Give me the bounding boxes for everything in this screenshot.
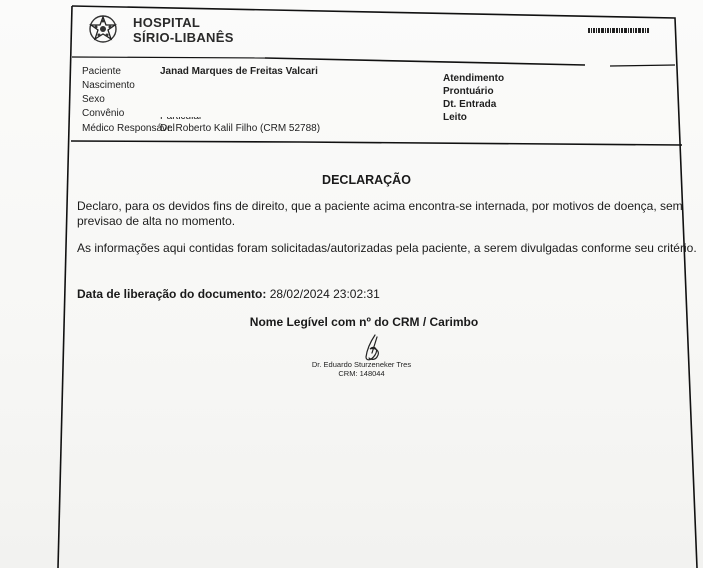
release-date: Data de liberação do documento: 28/02/20…	[77, 287, 380, 301]
barcode-icon	[588, 28, 650, 33]
document-title: DECLARAÇÃO	[0, 173, 703, 187]
patient-name-value: Janad Marques de Freitas Valcari	[160, 66, 318, 77]
record-label: Prontuário	[443, 86, 494, 97]
hospital-name-line2: SÍRIO-LIBANÊS	[133, 30, 234, 45]
insurance-value-clipped: Particular	[160, 117, 202, 122]
signature-heading: Nome Legível com nº do CRM / Carimbo	[0, 315, 703, 329]
scanned-document-page: HOSPITAL SÍRIO-LIBANÊS Paciente Janad Ma…	[0, 0, 703, 568]
release-date-label: Data de liberação do documento:	[77, 287, 266, 301]
authorization-paragraph: As informações aqui contidas foram solic…	[77, 240, 697, 256]
release-date-value: 28/02/2024 23:02:31	[270, 287, 380, 301]
bed-label: Leito	[443, 112, 467, 123]
birth-label: Nascimento	[82, 80, 135, 91]
entry-date-label: Dt. Entrada	[443, 99, 496, 110]
declaration-paragraph-line2: previsao de alta no momento.	[77, 213, 235, 229]
handwritten-signature-icon	[357, 333, 387, 363]
sex-label: Sexo	[82, 94, 105, 105]
signing-doctor-name: Dr. Eduardo Sturzeneker Tres	[0, 360, 703, 369]
signing-doctor-crm: CRM: 148044	[0, 369, 703, 378]
patient-label: Paciente	[82, 66, 121, 77]
declaration-paragraph-line1: Declaro, para os devidos fins de direito…	[77, 198, 683, 214]
insurance-label: Convênio	[82, 108, 124, 119]
responsible-doctor-value: Dr. Roberto Kalil Filho (CRM 52788)	[160, 123, 320, 134]
hospital-logo-icon	[88, 14, 118, 44]
attendance-label: Atendimento	[443, 73, 504, 84]
hospital-name-line1: HOSPITAL	[133, 15, 200, 30]
